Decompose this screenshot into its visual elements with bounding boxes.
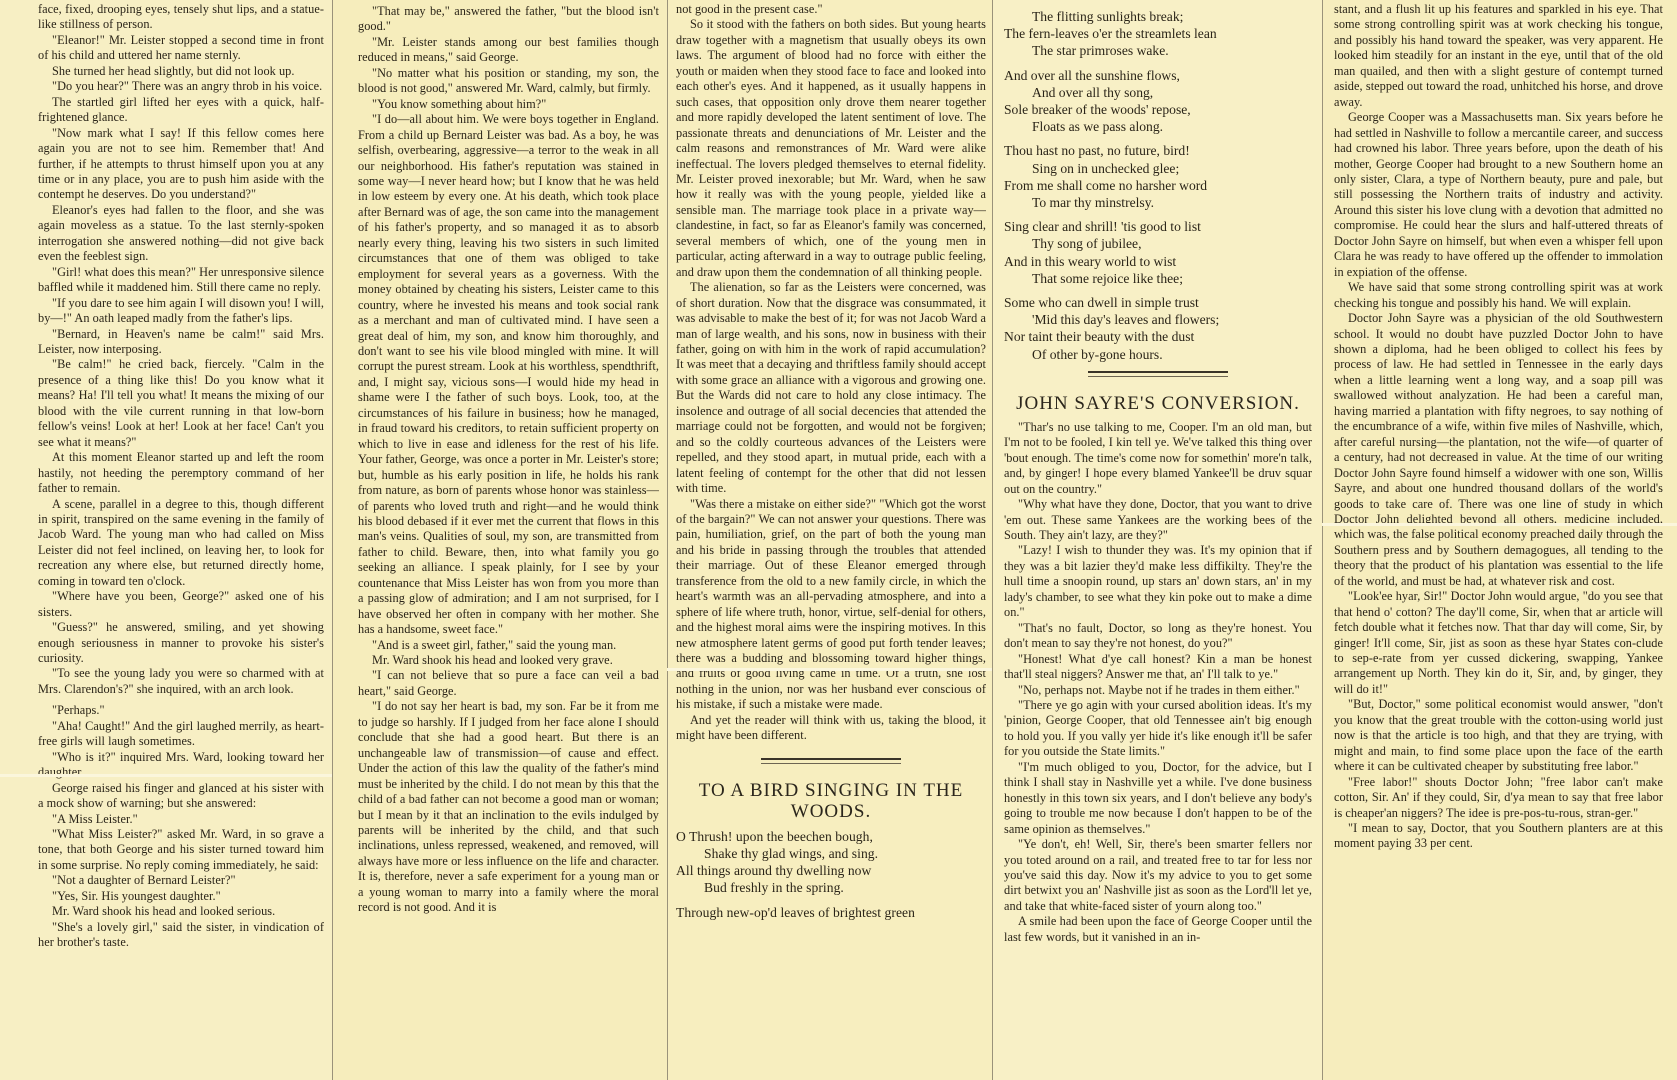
paragraph: She turned her head slightly, but did no… — [38, 64, 324, 79]
section-divider — [761, 758, 901, 764]
column-5: stant, and a flush lit up his features a… — [1322, 0, 1677, 1080]
column-5-body: stant, and a flush lit up his features a… — [1334, 2, 1663, 852]
column-3-body: not good in the present case."So it stoo… — [676, 2, 986, 744]
paragraph: "I mean to say, Doctor, that you Souther… — [1334, 821, 1663, 852]
column-2-body: "That may be," answered the father, "but… — [358, 4, 659, 916]
paragraph: "I can not believe that so pure a face c… — [358, 668, 659, 699]
paragraph: "I do—all about him. We were boys togeth… — [358, 112, 659, 637]
poem-continued: The flitting sunlights break;The fern-le… — [1004, 8, 1312, 363]
paragraph: "Free labor!" shouts Doctor John; "free … — [1334, 775, 1663, 821]
paragraph: "What Miss Leister?" asked Mr. Ward, in … — [38, 827, 324, 873]
paragraph: "Yes, Sir. His youngest daughter." — [38, 889, 324, 904]
poem-line: All things around thy dwelling now — [676, 862, 986, 879]
poem-line: And over all thy song, — [1004, 84, 1312, 101]
poem-line: That some rejoice like thee; — [1004, 270, 1312, 287]
poem-line: Bud freshly in the spring. — [676, 879, 986, 896]
paragraph: A scene, parallel in a degree to this, t… — [38, 497, 324, 590]
newspaper-page: face, fixed, drooping eyes, tensely shut… — [0, 0, 1677, 1080]
paragraph: So it stood with the fathers on both sid… — [676, 17, 986, 280]
paragraph: Mr. Ward shook his head and looked very … — [358, 653, 659, 668]
paragraph: "If you dare to see him again I will dis… — [38, 296, 324, 327]
column-rule — [667, 0, 668, 1080]
paragraph: "Aha! Caught!" And the girl laughed merr… — [38, 719, 324, 750]
poem-line: The flitting sunlights break; — [1004, 8, 1312, 25]
poem-line: O Thrush! upon the beechen bough, — [676, 828, 986, 845]
poem-line: Nor taint their beauty with the dust — [1004, 328, 1312, 345]
paragraph: "Be calm!" he cried back, fiercely. "Cal… — [38, 357, 324, 450]
paragraph: "I'm much obliged to you, Doctor, for th… — [1004, 760, 1312, 837]
paragraph: "Thar's no use talking to me, Cooper. I'… — [1004, 420, 1312, 497]
paragraph: "Why what have they done, Doctor, that y… — [1004, 497, 1312, 543]
paragraph: "But, Doctor," some political economist … — [1334, 697, 1663, 774]
paragraph: "Where have you been, George?" asked one… — [38, 589, 324, 620]
paragraph: Eleanor's eyes had fallen to the floor, … — [38, 203, 324, 265]
poem-title: TO A BIRD SINGING IN THE WOODS. — [676, 780, 986, 822]
paragraph: "You know something about him?" — [358, 97, 659, 112]
column-4: The flitting sunlights break;The fern-le… — [992, 0, 1322, 1080]
poem-line: From me shall come no harsher word — [1004, 177, 1312, 194]
poem-line: Sing clear and shrill! 'tis good to list — [1004, 218, 1312, 235]
paragraph: "No matter what his position or standing… — [358, 66, 659, 97]
story-title: JOHN SAYRE'S CONVERSION. — [1004, 393, 1312, 414]
paragraph: "Girl! what does this mean?" Her unrespo… — [38, 265, 324, 296]
paragraph: "And is a sweet girl, father," said the … — [358, 638, 659, 653]
poem-line: Floats as we pass along. — [1004, 118, 1312, 135]
poem-line: Of other by-gone hours. — [1004, 346, 1312, 363]
poem-line: The fern-leaves o'er the streamlets lean — [1004, 25, 1312, 42]
column-rule — [1322, 0, 1323, 1080]
paragraph: "Perhaps." — [38, 703, 324, 718]
poem-stanza: And over all the sunshine flows,And over… — [1004, 67, 1312, 136]
poem-line: Through new-op'd leaves of brightest gre… — [676, 904, 986, 921]
paragraph: "Guess?" he answered, smiling, and yet s… — [38, 620, 324, 666]
column-3: not good in the present case."So it stoo… — [667, 0, 992, 1080]
paragraph: A smile had been upon the face of George… — [1004, 914, 1312, 945]
paragraph: "She's a lovely girl," said the sister, … — [38, 920, 324, 951]
poem-stanza: Some who can dwell in simple trust'Mid t… — [1004, 294, 1312, 363]
paragraph: At this moment Eleanor started up and le… — [38, 450, 324, 496]
paragraph: "Look'ee hyar, Sir!" Doctor John would a… — [1334, 589, 1663, 697]
paragraph: "I do not say her heart is bad, my son. … — [358, 699, 659, 915]
paragraph: Doctor John Sayre was a physician of the… — [1334, 311, 1663, 589]
paragraph: "Eleanor!" Mr. Leister stopped a second … — [38, 33, 324, 64]
paragraph: "Was there a mistake on either side?" "W… — [676, 497, 986, 713]
poem-stanza: Thou hast no past, no future, bird!Sing … — [1004, 142, 1312, 211]
column-rule — [332, 0, 333, 1080]
poem-line: The star primroses wake. — [1004, 42, 1312, 59]
paragraph: We have said that some strong controllin… — [1334, 280, 1663, 311]
paragraph: And yet the reader will think with us, t… — [676, 713, 986, 744]
poem-line: Shake thy glad wings, and sing. — [676, 845, 986, 862]
paragraph: "There ye go agin with your cursed aboli… — [1004, 698, 1312, 760]
column-rule — [992, 0, 993, 1080]
column-1-body: face, fixed, drooping eyes, tensely shut… — [38, 2, 324, 951]
paragraph: "To see the young lady you were so charm… — [38, 666, 324, 697]
paragraph: stant, and a flush lit up his features a… — [1334, 2, 1663, 110]
clipping-seam — [667, 668, 992, 671]
paragraph: "A Miss Leister." — [38, 812, 324, 827]
paragraph: "Honest! What d'ye call honest? Kin a ma… — [1004, 652, 1312, 683]
poem-stanza: The flitting sunlights break;The fern-le… — [1004, 8, 1312, 60]
poem-line: And in this weary world to wist — [1004, 253, 1312, 270]
poem-line: To mar thy minstrelsy. — [1004, 194, 1312, 211]
paragraph: "That may be," answered the father, "but… — [358, 4, 659, 35]
paragraph: "Now mark what I say! If this fellow com… — [38, 126, 324, 203]
paragraph: Mr. Ward shook his head and looked serio… — [38, 904, 324, 919]
section-divider — [1088, 371, 1228, 377]
column-2: "That may be," answered the father, "but… — [332, 0, 667, 1080]
paragraph: not good in the present case." — [676, 2, 986, 17]
clipping-seam — [0, 774, 332, 777]
paragraph: "Bernard, in Heaven's name be calm!" sai… — [38, 327, 324, 358]
paragraph: The alienation, so far as the Leisters w… — [676, 280, 986, 496]
paragraph: "No, perhaps not. Maybe not if he trades… — [1004, 683, 1312, 698]
paragraph: "Do you hear?" There was an angry throb … — [38, 79, 324, 94]
paragraph: "Lazy! I wish to thunder they was. It's … — [1004, 543, 1312, 620]
paragraph: face, fixed, drooping eyes, tensely shut… — [38, 2, 324, 33]
column-1: face, fixed, drooping eyes, tensely shut… — [0, 0, 332, 1080]
paragraph: "That's no fault, Doctor, so long as the… — [1004, 621, 1312, 652]
poem-line: And over all the sunshine flows, — [1004, 67, 1312, 84]
poem-line: 'Mid this day's leaves and flowers; — [1004, 311, 1312, 328]
paragraph: "Ye don't, eh! Well, Sir, there's been s… — [1004, 837, 1312, 914]
poem-line: Thou hast no past, no future, bird! — [1004, 142, 1312, 159]
poem-stanza: Sing clear and shrill! 'tis good to list… — [1004, 218, 1312, 287]
poem-line: Sing on in unchecked glee; — [1004, 160, 1312, 177]
paragraph: George Cooper was a Massachusetts man. S… — [1334, 110, 1663, 280]
clipping-seam — [1322, 523, 1677, 526]
paragraph: The startled girl lifted her eyes with a… — [38, 95, 324, 126]
story-body: "Thar's no use talking to me, Cooper. I'… — [1004, 420, 1312, 945]
paragraph: "Not a daughter of Bernard Leister?" — [38, 873, 324, 888]
poem-line: Sole breaker of the woods' repose, — [1004, 101, 1312, 118]
poem-line: Thy song of jubilee, — [1004, 235, 1312, 252]
paragraph: "Mr. Leister stands among our best famil… — [358, 35, 659, 66]
poem-line: Some who can dwell in simple trust — [1004, 294, 1312, 311]
paragraph: George raised his finger and glanced at … — [38, 781, 324, 812]
poem-opening: O Thrush! upon the beechen bough,Shake t… — [676, 828, 986, 921]
